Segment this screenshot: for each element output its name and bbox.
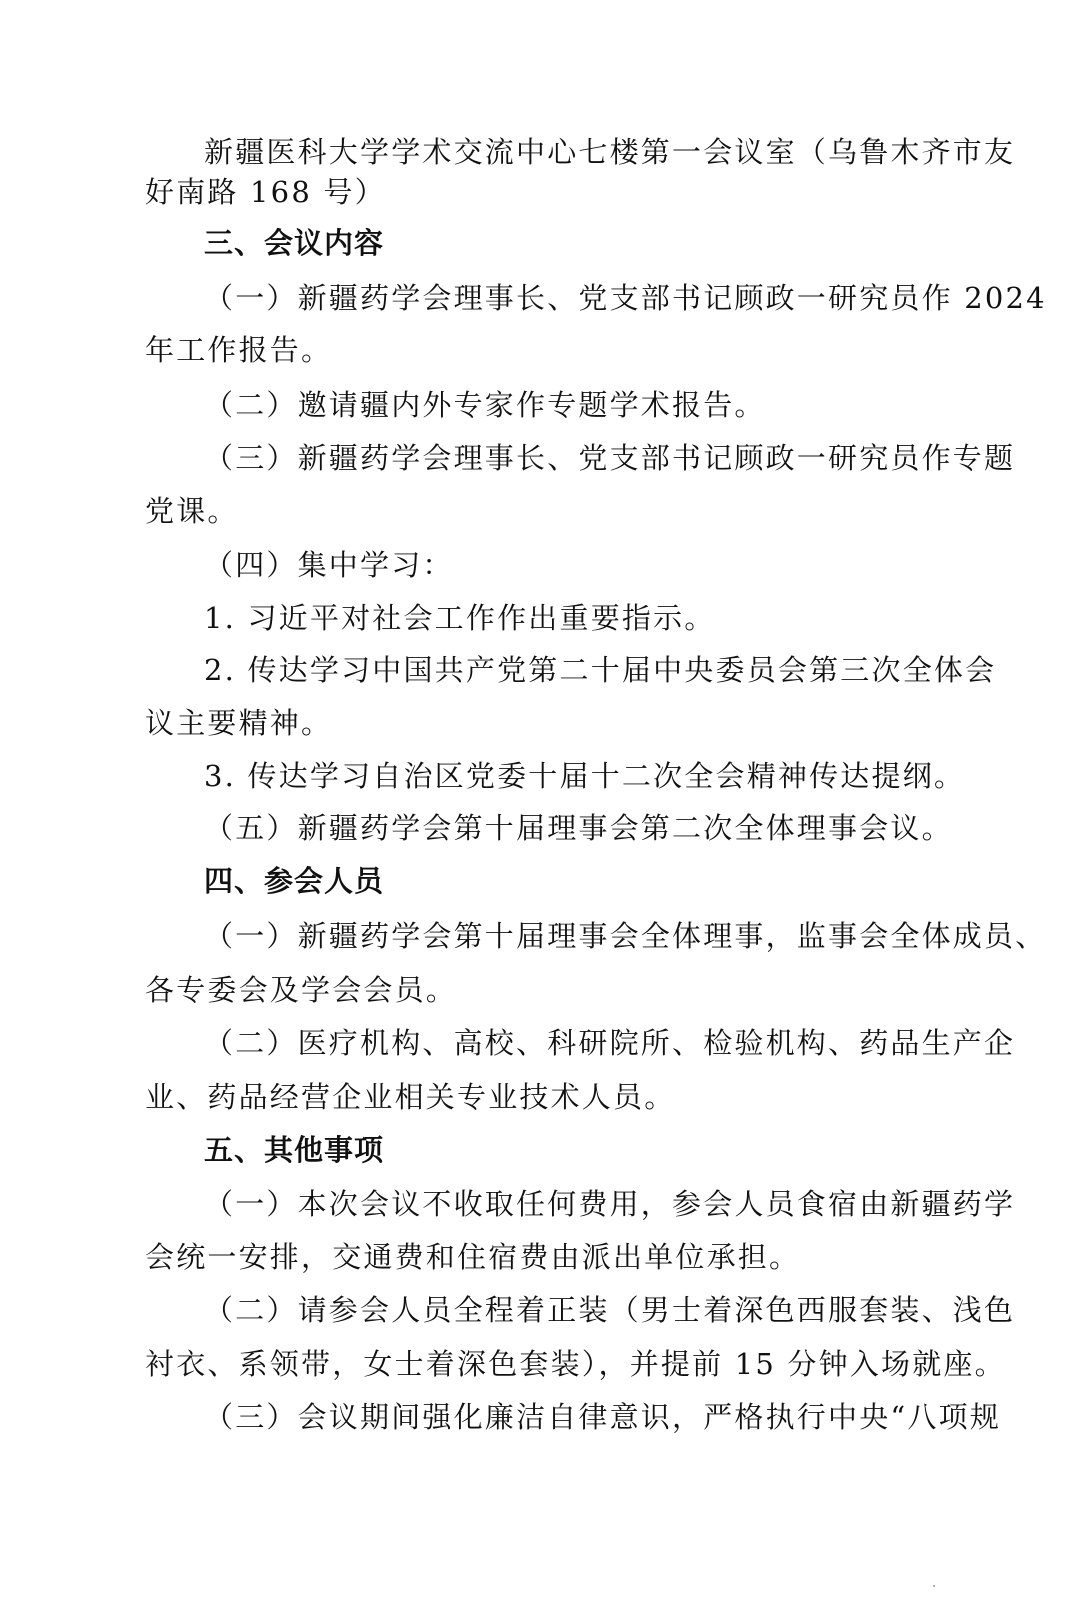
study-item-2-line-1: 2. 传达学习中国共产党第二十届中央委员会第三次全体会 (204, 650, 1014, 690)
document-page: 新疆医科大学学术交流中心七楼第一会议室（乌鲁木齐市友 好南路 168 号） 三、… (0, 0, 1092, 1600)
attendee-item-1-line-1: （一）新疆药学会第十届理事会全体理事，监事会全体成员、 (204, 916, 1014, 956)
attendee-item-2-line-1: （二）医疗机构、高校、科研院所、检验机构、药品生产企 (204, 1023, 1014, 1063)
study-item-2-line-2: 议主要精神。 (145, 703, 955, 743)
other-item-1-line-1: （一）本次会议不收取任何费用，参会人员食宿由新疆药学 (204, 1184, 1014, 1224)
venue-line-2: 好南路 168 号） (145, 172, 955, 212)
content-item-1-line-2: 年工作报告。 (145, 330, 955, 370)
other-item-2-line-1: （二）请参会人员全程着正装（男士着深色西服套装、浅色 (204, 1290, 1014, 1330)
attendee-item-2-line-2: 业、药品经营企业相关专业技术人员。 (145, 1077, 955, 1117)
other-item-2-line-2: 衬衣、系领带，女士着深色套装），并提前 15 分钟入场就座。 (145, 1344, 955, 1384)
other-item-3-line-1: （三）会议期间强化廉洁自律意识，严格执行中央“八项规 (204, 1397, 1014, 1437)
content-item-1-line-1: （一）新疆药学会理事长、党支部书记顾政一研究员作 2024 (204, 278, 1014, 318)
content-item-3-line-1: （三）新疆药学会理事长、党支部书记顾政一研究员作专题 (204, 438, 1014, 478)
content-item-3-line-2: 党课。 (145, 491, 955, 531)
content-item-4: （四）集中学习： (204, 545, 1014, 585)
other-item-1-line-2: 会统一安排，交通费和住宿费由派出单位承担。 (145, 1237, 955, 1277)
section-heading-attendees: 四、参会人员 (204, 861, 1014, 901)
content-item-2: （二）邀请疆内外专家作专题学术报告。 (204, 385, 1014, 425)
section-heading-other-matters: 五、其他事项 (204, 1130, 1014, 1170)
study-item-1: 1. 习近平对社会工作作出重要指示。 (204, 598, 1014, 638)
study-item-3: 3. 传达学习自治区党委十届十二次全会精神传达提纲。 (204, 756, 1014, 796)
venue-line-1: 新疆医科大学学术交流中心七楼第一会议室（乌鲁木齐市友 (204, 132, 1014, 172)
attendee-item-1-line-2: 各专委会及学会会员。 (145, 970, 955, 1010)
scan-speck (933, 1585, 935, 1587)
section-heading-meeting-content: 三、会议内容 (204, 223, 1014, 263)
content-item-5: （五）新疆药学会第十届理事会第二次全体理事会议。 (204, 808, 1014, 848)
